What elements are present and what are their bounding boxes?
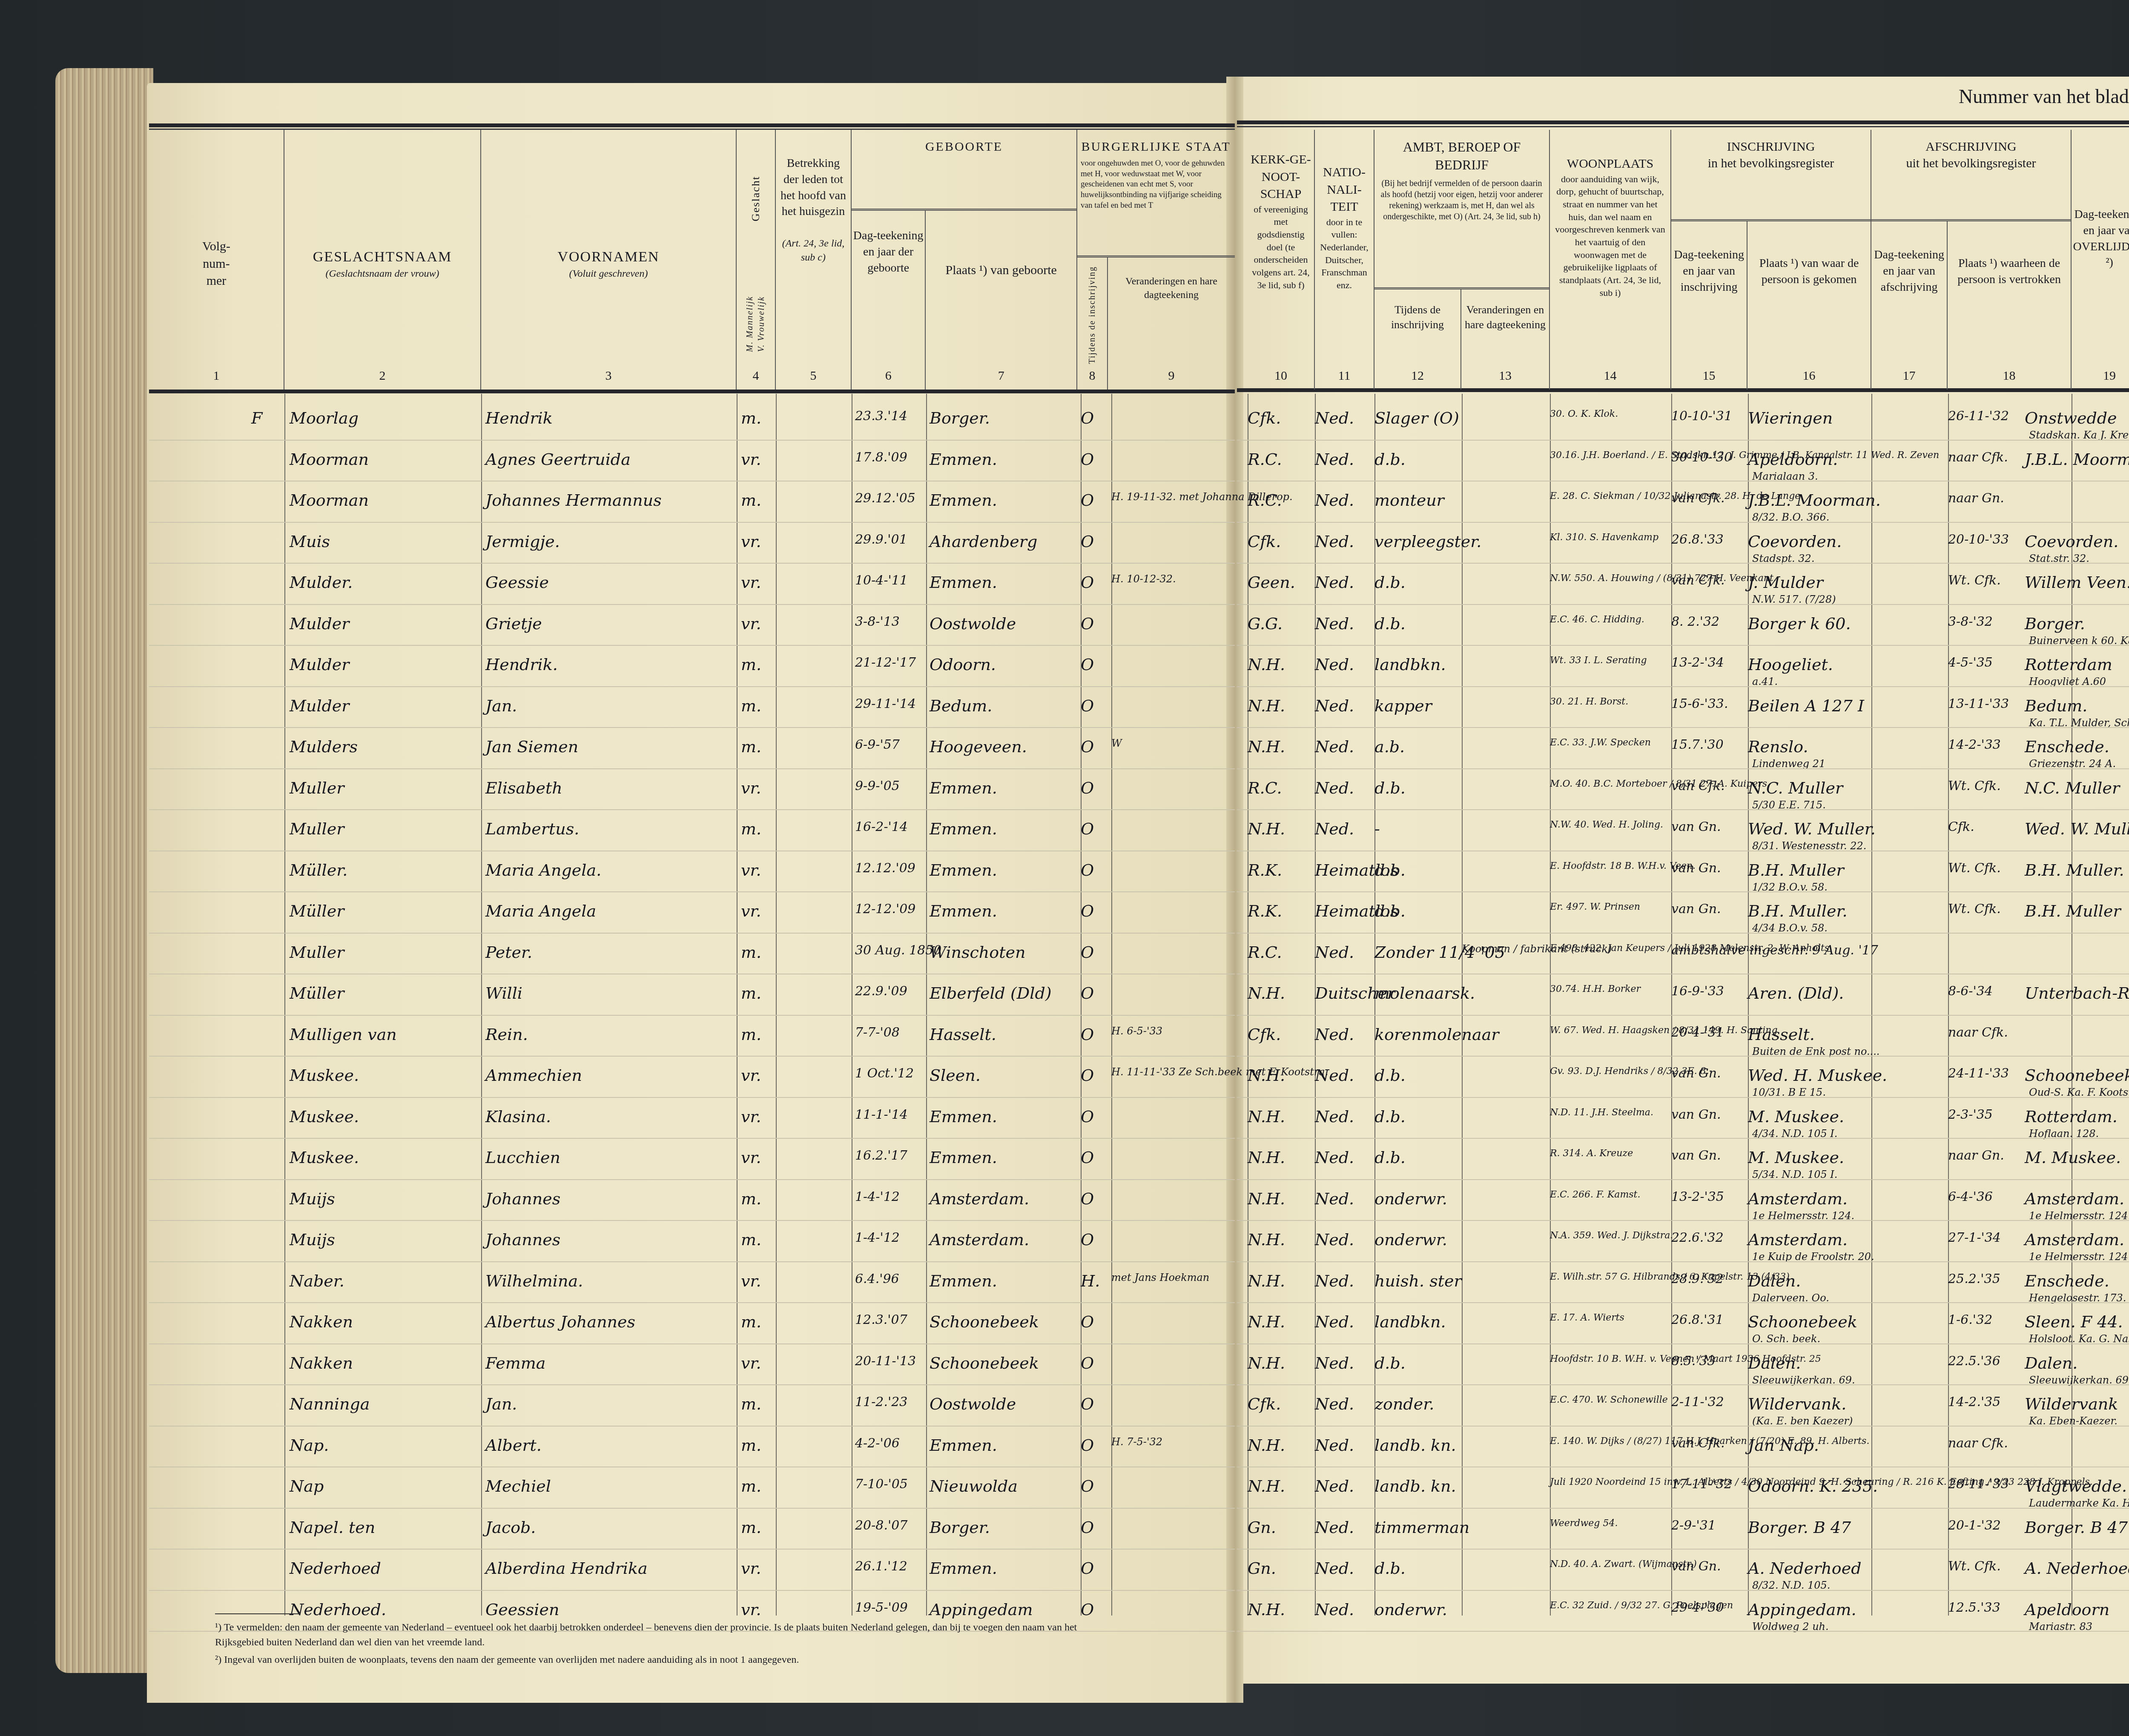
- cell-occupation: korenmolenaar: [1374, 1025, 1487, 1044]
- cell-dereg-date: 14-2.'35: [1948, 1395, 2000, 1409]
- cell-from-place: Schoonebeek: [1748, 1312, 1857, 1331]
- cell-nationality: Ned.: [1315, 655, 1354, 674]
- ruled-line: [1237, 1261, 2129, 1262]
- cell-sex: m.: [741, 1025, 761, 1044]
- cell-church: N.H.: [1248, 1600, 1285, 1619]
- cell-sex: m.: [741, 1436, 761, 1455]
- cell-birth-date: 29.12.'05: [855, 491, 915, 506]
- col-beroep-veranderingen-header: Veranderingen en hare dagteekening 13: [1461, 289, 1549, 390]
- ruled-line: [149, 727, 1235, 728]
- cell-reg-date: van Gn.: [1671, 819, 1721, 834]
- cell-civil: O: [1081, 409, 1094, 427]
- cell-birth-place: Schoonebeek: [930, 1354, 1039, 1372]
- cell-nationality: Ned.: [1315, 1312, 1354, 1331]
- right-header: KERK-GE-NOOT-SCHAP of vereeniging met go…: [1248, 130, 2129, 390]
- cell-birth-date: 12.12.'09: [855, 861, 915, 876]
- cell-to-place: Enschede.: [2025, 737, 2109, 756]
- cell-occupation: verpleegster.: [1374, 532, 1481, 551]
- cell-nationality: Ned.: [1315, 1066, 1354, 1085]
- cell-church: Gn.: [1248, 1518, 1276, 1537]
- afschrijving-label: AFSCHRIJVING: [1871, 138, 2071, 155]
- cell-nationality: Ned.: [1315, 819, 1354, 838]
- col-geslacht-header: Geslacht M. Mannelijk V. Vrouwelijk 4: [737, 130, 776, 390]
- col-geboorte-datum-header: Dag-teekening en jaar der geboorte 6: [852, 211, 926, 390]
- cell-given: Agnes Geertruida: [485, 450, 631, 469]
- cell-address: N.A. 359. Wed. J. Dijkstra.: [1550, 1230, 1673, 1241]
- cell-nationality: Ned.: [1315, 614, 1354, 633]
- cell-birth-date: 1-4-'12: [855, 1230, 900, 1245]
- col-betrekking-header: Betrekking der leden tot het hoofd van h…: [776, 130, 852, 390]
- col-17-title: Dag-teekening en jaar van afschrijving: [1871, 247, 1947, 295]
- ruled-line: [1237, 1097, 2129, 1098]
- cell-given: Albert.: [485, 1436, 542, 1455]
- cell-from-place: Hoogeliet.: [1748, 655, 1833, 674]
- ruled-line: [149, 1138, 1235, 1139]
- col-5-note: (Art. 24, 3e lid, sub c): [779, 237, 847, 264]
- ruled-line: [149, 1426, 1235, 1427]
- cell-nationality: Ned.: [1315, 1272, 1354, 1290]
- cell-to-place: Coevorden.: [2025, 532, 2118, 551]
- cell-sex: m.: [741, 819, 761, 838]
- cell-church: Geen.: [1248, 573, 1295, 592]
- cell-surname: Muskee.: [290, 1066, 359, 1085]
- cell-civil: O: [1081, 1518, 1094, 1537]
- cell-to-place: Schoonebeek: [2025, 1066, 2129, 1085]
- cell-reg-date: van Cfk.: [1671, 1436, 1724, 1451]
- ruled-line: [1237, 933, 2129, 934]
- cell-nationality: Ned.: [1315, 409, 1354, 427]
- cell-birth-place: Hasselt.: [930, 1025, 996, 1044]
- col-14-num: 14: [1550, 367, 1670, 385]
- col-15-num: 15: [1671, 367, 1747, 385]
- cell-civil: O: [1081, 1066, 1094, 1085]
- cell-given: Rein.: [485, 1025, 528, 1044]
- cell-sex: vr.: [741, 532, 761, 551]
- cell-from-place: Aren. (Dld).: [1748, 984, 1844, 1003]
- cell-birth-place: Emmen.: [930, 819, 997, 838]
- cell-reg-date: ambtshalve ingeschr. 9 Aug. '17: [1671, 943, 1773, 958]
- cell-civil: O: [1081, 1189, 1094, 1208]
- cell-church: R.K.: [1248, 861, 1282, 879]
- col-2-note: (Geslachtsnaam der vrouw): [325, 267, 439, 281]
- ruled-line: [1237, 1508, 2129, 1509]
- cell-church: N.H.: [1248, 1436, 1285, 1455]
- cell-volgnr: F: [251, 409, 262, 427]
- cell-reg-date: 26.8.'33: [1671, 532, 1724, 547]
- cell-civil: O: [1081, 1230, 1094, 1249]
- cell-address: E.C. 33. J.W. Specken: [1550, 737, 1651, 748]
- cell-birth-place: Emmen.: [930, 779, 997, 797]
- cell-address: 30. 21. H. Borst.: [1550, 696, 1628, 707]
- ruled-line: [149, 851, 1235, 851]
- ruled-line: [149, 645, 1235, 646]
- cell-birth-place: Emmen.: [930, 861, 997, 879]
- cell-dereg-date: 12.5.'33: [1948, 1600, 2000, 1615]
- cell-given: Peter.: [485, 943, 532, 962]
- cell-sex: m.: [741, 1230, 761, 1249]
- cell-civil: O: [1081, 1148, 1094, 1167]
- cell-dereg-date: 13-11-'33: [1948, 696, 2009, 711]
- col-kerkgenootschap-header: KERK-GE-NOOT-SCHAP of vereeniging met go…: [1248, 130, 1315, 390]
- col-19-title: Dag-teekening en jaar van OVERLIJDEN ²): [2072, 206, 2129, 271]
- col-18-title: Plaats ¹) waarheen de persoon is vertrok…: [1948, 255, 2071, 288]
- cell-birth-place: Emmen.: [930, 1107, 997, 1126]
- cell-birth-place: Nieuwolda: [930, 1477, 1018, 1495]
- cell-church: Cfk.: [1248, 1025, 1281, 1044]
- col-7-num: 7: [926, 367, 1076, 385]
- ruled-line: [149, 1590, 1235, 1591]
- cell-birth-date: 30 Aug. 1850: [855, 943, 941, 958]
- cell-occupation: d.b.: [1374, 1066, 1406, 1085]
- ruled-line: [1237, 645, 2129, 646]
- cell-sex: m.: [741, 696, 761, 715]
- cell-birth-place: Amsterdam.: [930, 1230, 1029, 1249]
- ruled-line: [1237, 1384, 2129, 1385]
- cell-nationality: Ned.: [1315, 1189, 1354, 1208]
- cell-birth-date: 20-8.'07: [855, 1518, 907, 1533]
- cell-to-place: Vlagtwedde.: [2025, 1477, 2127, 1495]
- cell-surname: Mulder.: [290, 573, 353, 592]
- cell-birth-place: Oostwolde: [930, 1395, 1016, 1413]
- cell-occupation: kapper: [1374, 696, 1432, 715]
- column-divider: [1871, 394, 1872, 1616]
- cell-address: 30.74. H.H. Borker: [1550, 984, 1641, 994]
- cell-sex: vr.: [741, 1272, 761, 1290]
- cell-occupation: molenaarsk.: [1374, 984, 1475, 1003]
- cell-occupation: d.b.: [1374, 902, 1406, 920]
- cell-occupation: onderwr.: [1374, 1600, 1447, 1619]
- cell-birth-date: 12.3.'07: [855, 1312, 907, 1327]
- cell-dereg-date: Wt. Cfk.: [1948, 861, 2001, 876]
- cell-birth-place: Winschoten: [930, 943, 1025, 962]
- cell-from-place: Hasselt.: [1748, 1025, 1815, 1044]
- ruled-line: [149, 1220, 1235, 1221]
- cell-surname: Nap: [290, 1477, 324, 1495]
- cell-civil-change: H. 19-11-32. met Johanna Dillerop.: [1111, 491, 1260, 503]
- cell-surname: Muis: [290, 532, 330, 551]
- cell-reg-date: 13-2-'34: [1671, 655, 1724, 670]
- cell-surname: Nederhoed: [290, 1559, 381, 1578]
- cell-civil: O: [1081, 737, 1094, 756]
- ruled-line: [1237, 1138, 2129, 1139]
- ruled-line: [1237, 1344, 2129, 1344]
- cell-dereg-date: naar Cfk.: [1948, 450, 2008, 465]
- cell-birth-place: Ahardenberg: [930, 532, 1037, 551]
- cell-sex: m.: [741, 1312, 761, 1331]
- cell-birth-date: 11-1-'14: [855, 1107, 908, 1122]
- cell-given: Jacob.: [485, 1518, 536, 1537]
- cell-to-place: M. Muskee.: [2025, 1148, 2121, 1167]
- cell-civil: O: [1081, 696, 1094, 715]
- cell-church: N.H.: [1248, 1107, 1285, 1126]
- ruled-line: [149, 1097, 1235, 1098]
- cell-birth-date: 29-11-'14: [855, 696, 916, 711]
- cell-occupation: landb. kn.: [1374, 1477, 1456, 1495]
- col-11-title: NATIO-NALI-TEIT: [1317, 164, 1372, 216]
- burgerlijke-staat-note: voor ongehuwden met O, voor de gehuwden …: [1077, 155, 1235, 214]
- cell-nationality: Ned.: [1315, 1025, 1354, 1044]
- cell-dereg-date: naar Gn.: [1948, 491, 2004, 506]
- cell-given: Geessie: [485, 573, 549, 592]
- cell-to-place: B.H. Muller.: [2025, 861, 2124, 879]
- cell-birth-place: Odoorn.: [930, 655, 996, 674]
- col-19-num: 19: [2072, 367, 2129, 385]
- ruled-line: [149, 891, 1235, 892]
- col-10-num: 10: [1248, 367, 1314, 385]
- cell-dereg-date: 2-3-'35: [1948, 1107, 1993, 1122]
- column-divider: [776, 394, 777, 1616]
- cell-reg-date: 29-4-'30: [1671, 1600, 1724, 1615]
- scale-bar-top: [0, 1701, 2129, 1719]
- cell-sex: vr.: [741, 902, 761, 920]
- cell-occupation: landb. kn.: [1374, 1436, 1456, 1455]
- col-staat-veranderingen-header: Veranderingen en hare dagteekening 9: [1108, 258, 1235, 390]
- cell-birth-date: 7-7-'08: [855, 1025, 900, 1040]
- cell-birth-date: 17.8.'09: [855, 450, 907, 465]
- cell-church: Cfk.: [1248, 532, 1281, 551]
- ruled-line: [149, 563, 1235, 564]
- cell-given: Mechiel: [485, 1477, 551, 1495]
- cell-dereg-date: 1-6.'32: [1948, 1312, 1992, 1327]
- cell-birth-place: Emmen.: [930, 1148, 997, 1167]
- cell-occupation: d.b.: [1374, 1559, 1406, 1578]
- cell-birth-date: 3-8-'13: [855, 614, 900, 629]
- cell-to-place: Dalen.: [2025, 1354, 2077, 1372]
- cell-nationality: Ned.: [1315, 532, 1354, 551]
- cell-surname: Moorman: [290, 491, 369, 510]
- cell-given: Klasina.: [485, 1107, 551, 1126]
- col-12-title: Tijdens de inschrijving: [1374, 302, 1460, 332]
- cell-address: R. 314. A. Kreuze: [1550, 1148, 1633, 1159]
- col-16-num: 16: [1747, 367, 1871, 385]
- inschrijving-sub: in het bevolkingsregister: [1671, 155, 1871, 172]
- cell-birth-place: Bedum.: [930, 696, 992, 715]
- cell-birth-date: 21-12-'17: [855, 655, 916, 670]
- ruled-line: [149, 1508, 1235, 1509]
- header-top-rule-left: [149, 123, 1235, 127]
- cell-given: Maria Angela.: [485, 861, 601, 879]
- col-12-num: 12: [1374, 367, 1460, 385]
- ruled-line: [149, 686, 1235, 687]
- cell-civil: O: [1081, 1477, 1094, 1495]
- cell-birth-place: Emmen.: [930, 1559, 997, 1578]
- cell-from-place: A. Nederhoed: [1748, 1559, 1861, 1578]
- cell-sex: vr.: [741, 1354, 761, 1372]
- cell-birth-place: Elberfeld (Dld): [930, 984, 1052, 1003]
- col-17-num: 17: [1871, 367, 1947, 385]
- cell-given: Willi: [485, 984, 522, 1003]
- cell-civil: O: [1081, 1436, 1094, 1455]
- cell-dereg-date: Wt. Cfk.: [1948, 1559, 2001, 1574]
- cell-from-place: Coevorden.: [1748, 532, 1842, 551]
- cell-sex: m.: [741, 943, 761, 962]
- cell-church: R.C.: [1248, 491, 1282, 510]
- cell-dereg-date: Wt. Cfk.: [1948, 902, 2001, 917]
- cell-civil: O: [1081, 573, 1094, 592]
- cell-from-place: Borger k 60.: [1748, 614, 1851, 633]
- ruled-line: [149, 1302, 1235, 1303]
- ruled-line: [149, 440, 1235, 441]
- col-3-title: VOORNAMEN: [558, 247, 660, 267]
- cell-address: E.C. 266. F. Kamst.: [1550, 1189, 1640, 1200]
- cell-surname: Muller: [290, 779, 344, 797]
- cell-from-place: B.H. Muller: [1748, 861, 1844, 879]
- col-6-title: Dag-teekening en jaar der geboorte: [852, 228, 925, 276]
- cell-reg-date: 10-10-'31: [1671, 409, 1732, 424]
- cell-surname: Mulder: [290, 655, 350, 674]
- cell-address: E. 17. A. Wierts: [1550, 1312, 1624, 1323]
- col-nationaliteit-header: NATIO-NALI-TEIT door in te vullen: Neder…: [1315, 130, 1374, 390]
- cell-address: N.D. 11. J.H. Steelma.: [1550, 1107, 1653, 1118]
- col-staat-inschrijving-header: Tijdens de inschrijving 8: [1077, 258, 1108, 390]
- cell-birth-place: Borger.: [930, 1518, 990, 1537]
- cell-birth-date: 1-4-'12: [855, 1189, 900, 1204]
- col-bestemming-header: Plaats ¹) waarheen de persoon is vertrok…: [1948, 221, 2071, 390]
- burgerlijke-staat-label: BURGERLIJKE STAAT: [1077, 138, 1235, 155]
- col-10-note: of vereeniging met godsdienstig doel (te…: [1249, 203, 1312, 292]
- cell-dereg-date: Wt. Cfk.: [1948, 779, 2001, 794]
- col-5-num: 5: [776, 367, 851, 385]
- header-top-rule-right-thin: [1237, 126, 2129, 127]
- cell-civil: O: [1081, 491, 1094, 510]
- col-1-title: Volg- num- mer: [202, 238, 230, 290]
- cell-nationality: Ned.: [1315, 1477, 1354, 1495]
- cell-reg-date: 2-11-'32: [1671, 1395, 1724, 1409]
- cell-birth-place: Borger.: [930, 409, 990, 427]
- cell-nationality: Ned.: [1315, 696, 1354, 715]
- cell-to-place: B.H. Muller: [2025, 902, 2121, 920]
- cell-given: Johannes Hermannus: [485, 491, 662, 510]
- ruled-line: [1237, 1426, 2129, 1427]
- cell-civil: O: [1081, 1025, 1094, 1044]
- cell-church: R.C.: [1248, 450, 1282, 469]
- cell-civil: O: [1081, 1312, 1094, 1331]
- cell-reg-date: 8.5.'33: [1671, 1354, 1716, 1369]
- cell-civil: O: [1081, 1354, 1094, 1372]
- cell-nationality: Ned.: [1315, 1559, 1354, 1578]
- cell-to-place: Wildervank: [2025, 1395, 2118, 1413]
- cell-birth-place: Sleen.: [930, 1066, 981, 1085]
- ruled-line: [1237, 1467, 2129, 1467]
- column-divider: [852, 394, 852, 1616]
- cell-to-place: Enschede.: [2025, 1272, 2109, 1290]
- cell-nationality: Ned.: [1315, 450, 1354, 469]
- ruled-line: [1237, 1220, 2129, 1221]
- cell-occupation: monteur: [1374, 491, 1444, 510]
- cell-address: 30. O. K. Klok.: [1550, 409, 1618, 419]
- cell-dereg-date: 4-5-'35: [1948, 655, 1993, 670]
- cell-dereg-date: 14-2-'33: [1948, 737, 2001, 752]
- header-bottom-rule-left: [149, 390, 1235, 393]
- cell-surname: Müller.: [290, 861, 347, 879]
- col-afschrijving-datum-header: Dag-teekening en jaar van afschrijving 1…: [1871, 221, 1948, 390]
- group-afschrijving-title: AFSCHRIJVING uit het bevolkingsregister: [1871, 130, 2071, 221]
- cell-church: R.K.: [1248, 902, 1282, 920]
- cell-sex: m.: [741, 1477, 761, 1495]
- cell-to-place: Apeldoorn: [2025, 1600, 2109, 1619]
- footnotes: ¹) Te vermelden: den naam der gemeente v…: [215, 1613, 1109, 1667]
- cell-nationality: Ned.: [1315, 1107, 1354, 1126]
- ruled-line: [149, 933, 1235, 934]
- cell-to-place: Rotterdam: [2025, 655, 2112, 674]
- col-3-note: (Voluit geschreven): [569, 267, 648, 281]
- cell-reg-date: 15-6-'33.: [1671, 696, 1728, 711]
- cell-address: N.W. 40. Wed. H. Joling.: [1550, 819, 1663, 830]
- cell-birth-date: 26.1.'12: [855, 1559, 907, 1574]
- cell-dereg-date: 3-8-'32: [1948, 614, 1993, 629]
- cell-surname: Muijs: [290, 1230, 335, 1249]
- cell-from-place: B.H. Muller.: [1748, 902, 1848, 920]
- col-3-num: 3: [481, 367, 736, 385]
- sheet-number-label: Nummer van het blad: [1959, 85, 2129, 108]
- cell-church: N.H.: [1248, 1066, 1285, 1085]
- cell-to-place: Amsterdam.: [2025, 1230, 2124, 1249]
- cell-church: N.H.: [1248, 984, 1285, 1003]
- cell-birth-place: Emmen.: [930, 902, 997, 920]
- cell-reg-date: van Gn.: [1671, 1559, 1721, 1574]
- cell-nationality: Ned.: [1315, 1436, 1354, 1455]
- cell-dereg-date: 26-11-'32: [1948, 409, 2009, 424]
- ruled-line: [1237, 727, 2129, 728]
- cell-occupation: d.b.: [1374, 1107, 1406, 1126]
- cell-sex: vr.: [741, 1559, 761, 1578]
- cell-church: Cfk.: [1248, 1395, 1281, 1413]
- cell-occupation: zonder.: [1374, 1395, 1434, 1413]
- column-divider: [284, 394, 285, 1616]
- cell-church: N.H.: [1248, 737, 1285, 756]
- col-9-title: Veranderingen en hare dagteekening: [1121, 275, 1222, 302]
- ruled-line: [1237, 974, 2129, 974]
- col-13-num: 13: [1461, 367, 1549, 385]
- cell-to-place: J.B.L. Moorman.: [2025, 450, 2129, 469]
- col-11-note: door in te vullen: Nederlander, Duitsche…: [1317, 216, 1372, 292]
- cell-nationality: Ned.: [1315, 737, 1354, 756]
- col-inschrijving-datum-header: Dag-teekening en jaar van inschrijving 1…: [1671, 221, 1747, 390]
- cell-birth-date: 6.4.'96: [855, 1272, 899, 1286]
- cell-civil: O: [1081, 532, 1094, 551]
- cell-civil: O: [1081, 861, 1094, 879]
- cell-occupation: -: [1374, 819, 1380, 838]
- cell-surname: Müller: [290, 984, 344, 1003]
- cell-birth-place: Emmen.: [930, 1272, 997, 1290]
- group-beroep-title: AMBT, BEROEP OF BEDRIJF (Bij het bedrijf…: [1374, 130, 1549, 289]
- col-18-num: 18: [1948, 367, 2071, 385]
- cell-dereg-date: 6-4-'36: [1948, 1189, 1993, 1204]
- ruled-line: [149, 1344, 1235, 1344]
- cell-civil: H.: [1081, 1272, 1100, 1290]
- cell-given: Jan Siemen: [485, 737, 578, 756]
- ruled-line: [1237, 768, 2129, 769]
- group-geboorte: GEBOORTE Dag-teekening en jaar der geboo…: [852, 130, 1077, 390]
- cell-from-place: Wed. H. Muskee.: [1748, 1066, 1887, 1085]
- cell-surname: Nanninga: [290, 1395, 370, 1413]
- cell-to-place: Wed. W. Muller.: [2025, 819, 2129, 838]
- ruled-line: [1237, 1056, 2129, 1057]
- cell-sex: vr.: [741, 450, 761, 469]
- ruled-line: [149, 1261, 1235, 1262]
- footnote-rule: [215, 1613, 300, 1614]
- cell-to-place: Willem Veen.: [2025, 573, 2129, 592]
- cell-dereg-date: 28-11-'33: [1948, 1477, 2009, 1492]
- col-1-num: 1: [149, 367, 284, 385]
- ruled-line: [1237, 440, 2129, 441]
- cell-sex: m.: [741, 1189, 761, 1208]
- cell-surname: Muskee.: [290, 1107, 359, 1126]
- footnote-2: ²) Ingeval van overlijden buiten de woon…: [215, 1653, 1109, 1667]
- cell-address: Weerdweg 54.: [1550, 1518, 1618, 1529]
- ruled-line: [1237, 1631, 2129, 1632]
- cell-reg-date: van Gn.: [1671, 1148, 1721, 1163]
